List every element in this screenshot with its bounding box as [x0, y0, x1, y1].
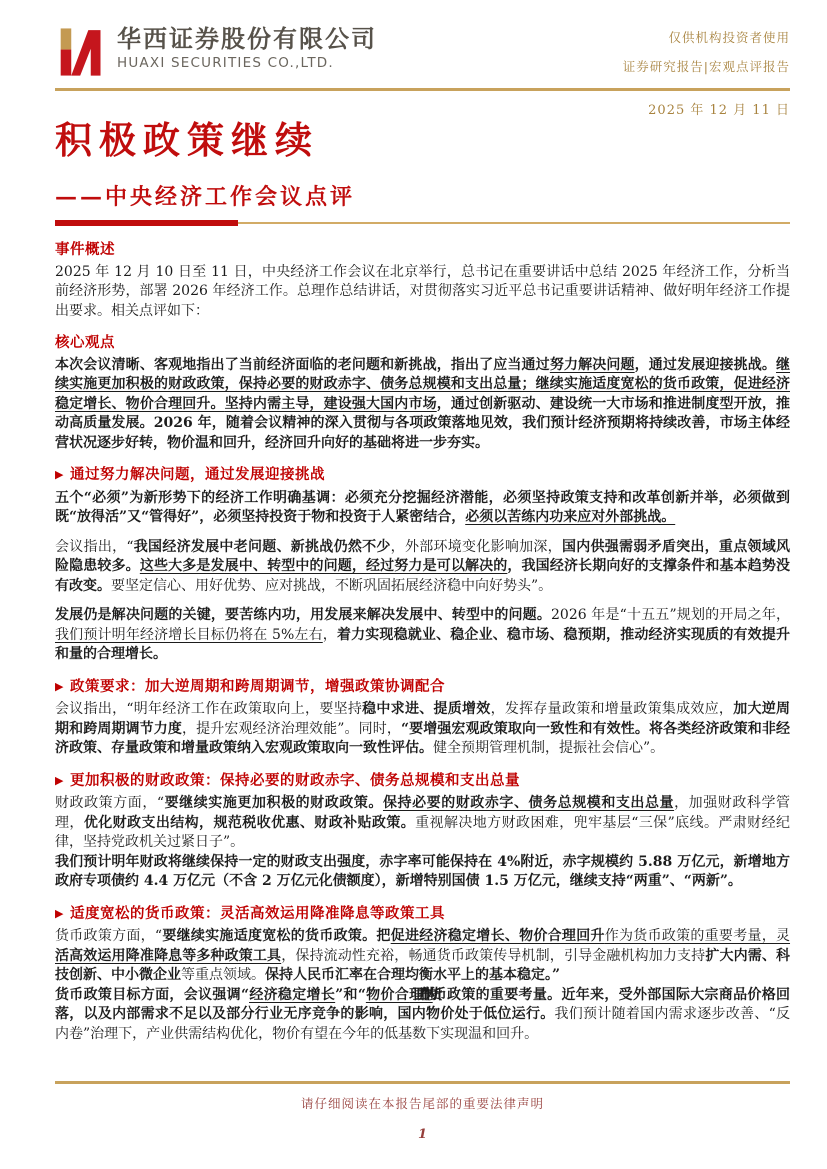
- text-run: 货币政策目标方面，会议强调“: [55, 987, 249, 1003]
- investor-notice: 仅供机构投资者使用: [623, 32, 790, 45]
- title-block: 积极政策继续 ——中央经济工作会议点评: [55, 118, 790, 226]
- text-run: 这些大多是发展中、转型中的问题，经过努力是可以解决的: [140, 558, 508, 574]
- text-run: 促进经济稳定增长、物价合理回升: [391, 928, 605, 944]
- text-run: 健全预期管理机制，提振社会信心”。: [433, 740, 664, 756]
- text-run: 要继续实施适度宽松的货币政策。把: [162, 928, 391, 944]
- title-divider-gold: [238, 222, 790, 224]
- section-policy-requirements: ▶政策要求：加大逆周期和跨周期调节，增强政策协调配合会议指出，“明年经济工作在政…: [55, 677, 790, 759]
- page-number: 1: [55, 1127, 790, 1142]
- text-run: 稳中求进、提质增效: [362, 701, 490, 717]
- text-run: 要继续实施更加积极的财政政策。: [164, 795, 383, 811]
- text-run: ，保持流动性充裕，畅通货币政策传导机制，引导金融机构加力支持: [281, 948, 705, 964]
- paragraph: 本次会议清晰、客观地指出了当前经济面临的老问题和新挑战，指出了应当通过努力解决问…: [55, 356, 790, 454]
- header-divider: [55, 88, 790, 91]
- legal-disclaimer: 请仔细阅读在本报告尾部的重要法律声明: [55, 1094, 790, 1112]
- section-heading: 事件概述: [55, 240, 790, 260]
- text-run: 2025 年 12 月 10 日至 11 日，中央经济工作会议在北京举行，总书记…: [55, 264, 790, 319]
- text-run: 货币政策方面，“: [55, 928, 162, 944]
- paragraph: 五个“必须”为新形势下的经济工作明确基调：必须充分挖掘经济潜能，必须坚持政策支持…: [55, 489, 790, 528]
- company-name-cn: 华西证券股份有限公司: [117, 27, 377, 52]
- text-run: ，: [323, 627, 337, 643]
- section-core-view: 核心观点本次会议清晰、客观地指出了当前经济面临的老问题和新挑战，指出了应当通过努…: [55, 333, 790, 453]
- arrow-bullet-icon: ▶: [55, 907, 64, 920]
- text-run: 坚持内需主导，建设强大国内市场: [225, 396, 437, 412]
- text-run: 保持必要的财政赤字、债务总规模和支出总量: [383, 795, 674, 811]
- section-heading: ▶更加积极的财政政策：保持必要的财政赤字、债务总规模和支出总量: [55, 771, 790, 792]
- section-event-summary: 事件概述2025 年 12 月 10 日至 11 日，中央经济工作会议在北京举行…: [55, 240, 790, 321]
- section-fiscal-policy: ▶更加积极的财政政策：保持必要的财政赤字、债务总规模和支出总量财政政策方面，“要…: [55, 771, 790, 892]
- paragraph: 2025 年 12 月 10 日至 11 日，中央经济工作会议在北京举行，总书记…: [55, 263, 790, 322]
- text-run: 我们预计明年经济增长目标仍将在 5%左右: [55, 627, 323, 643]
- paragraph: 我们预计明年财政将继续保持一定的财政支出强度，赤字率可能保持在 4%附近，赤字规…: [55, 853, 790, 892]
- paragraph: 会议指出，“我国经济发展中老问题、新挑战仍然不少，外部环境变化影响加深，国内供强…: [55, 538, 790, 597]
- text-run: 会议指出，“: [55, 539, 134, 555]
- text-run: ，外部环境变化影响加深，: [391, 539, 562, 555]
- report-type: 证券研究报告|宏观点评报告: [623, 61, 790, 74]
- paragraph: 货币政策方面，“要继续实施适度宽松的货币政策。把促进经济稳定增长、物价合理回升作…: [55, 927, 790, 986]
- section-solve-by-effort: ▶通过努力解决问题，通过发展迎接挑战五个“必须”为新形势下的经济工作明确基调：必…: [55, 465, 790, 665]
- text-run: 必须以苦练内功来应对外部挑战。: [465, 509, 675, 525]
- report-title: 积极政策继续: [55, 118, 790, 162]
- text-run: 理回升”作为货: [409, 987, 433, 1003]
- text-run: 本次会议清晰、客观地指出了当前经济面临的老问题和新挑战，指出了应当通过: [55, 357, 550, 373]
- section-heading: ▶适度宽松的货币政策：灵活高效运用降准降息等政策工具: [55, 904, 790, 925]
- section-monetary-policy: ▶适度宽松的货币政策：灵活高效运用降准降息等政策工具货币政策方面，“要继续实施适…: [55, 904, 790, 1045]
- footer-divider: [55, 1081, 790, 1084]
- report-page: 华西证券股份有限公司 HUAXI SECURITIES CO.,LTD. 仅供机…: [0, 0, 827, 1169]
- paragraph: 会议指出，“明年经济工作在政策取向上，要坚持稳中求进、提质增效，发挥存量政策和增…: [55, 700, 790, 759]
- text-run: 财政政策方面，“: [55, 795, 164, 811]
- text-run: 我国经济发展中老问题、新挑战仍然不少: [134, 539, 391, 555]
- title-divider: [55, 220, 790, 226]
- company-name-block: 华西证券股份有限公司 HUAXI SECURITIES CO.,LTD.: [117, 24, 377, 70]
- text-run: 会议指出，“明年经济工作在政策取向上，要坚持: [55, 701, 362, 717]
- report-header: 华西证券股份有限公司 HUAXI SECURITIES CO.,LTD. 仅供机…: [55, 24, 790, 90]
- section-heading: ▶通过努力解决问题，通过发展迎接挑战: [55, 465, 790, 486]
- text-run: 发展仍是解决问题的关键，要苦练内功，用发展来解决发展中、转型中的问题。: [55, 607, 551, 623]
- arrow-bullet-icon: ▶: [55, 774, 64, 787]
- section-heading: 核心观点: [55, 333, 790, 353]
- text-run: 要坚定信心、用好优势、应对挑战，不断巩固拓展经济稳中向好势头”。: [111, 578, 552, 594]
- text-run: 五个“必须”为新形势下的经济工作明确基调：必须充分挖掘经济潜能，必须坚持政策支持…: [55, 490, 790, 526]
- report-subtitle: ——中央经济工作会议点评: [55, 180, 790, 211]
- text-run: 作为货币政策的重要考量，灵: [605, 928, 790, 944]
- section-heading: ▶政策要求：加大逆周期和跨周期调节，增强政策协调配合: [55, 677, 790, 698]
- text-run: 优化财政支出结构，规范税收优惠、财政补贴政策。: [84, 815, 415, 831]
- header-meta: 仅供机构投资者使用 证券研究报告|宏观点评报告: [623, 32, 790, 89]
- text-run: ，发挥存量政策和增量政策集成效应，: [491, 701, 734, 717]
- title-divider-red: [55, 220, 238, 226]
- text-run: ，提升宏观经济治理效能”。同时，: [182, 721, 401, 737]
- huaxi-logo-icon: [55, 24, 107, 80]
- text-run: ，通过发展迎接挑战。: [635, 357, 776, 373]
- paragraph: 货币政策目标方面，会议强调“经济稳定增长”和“物价合理回升”作为货币政策的重要考…: [55, 986, 790, 1045]
- arrow-bullet-icon: ▶: [55, 468, 64, 481]
- report-body: 事件概述2025 年 12 月 10 日至 11 日，中央经济工作会议在北京举行…: [55, 240, 790, 1044]
- text-run: 等重点领域。: [181, 967, 265, 983]
- text-run: 2026 年是“十五五”规划的开局之年，: [551, 607, 790, 623]
- text-run: 我们预计明年财政将继续保持一定的财政支出强度，赤字率可能保持在 4%附近，赤字规…: [55, 854, 790, 890]
- text-run: 经济稳定增长: [249, 987, 335, 1003]
- report-footer: 请仔细阅读在本报告尾部的重要法律声明 1: [55, 1081, 790, 1142]
- text-run: ”和“: [335, 987, 366, 1003]
- paragraph: 财政政策方面，“要继续实施更加积极的财政政策。保持必要的财政赤字、债务总规模和支…: [55, 794, 790, 853]
- paragraph: 发展仍是解决问题的关键，要苦练内功，用发展来解决发展中、转型中的问题。2026 …: [55, 606, 790, 665]
- report-date: 2025 年 12 月 11 日: [648, 99, 790, 118]
- company-name-en: HUAXI SECURITIES CO.,LTD.: [117, 56, 377, 70]
- text-run: 物价合: [366, 987, 409, 1003]
- text-run: 活高效运用降准降息等多种政策工具: [55, 948, 281, 964]
- text-run: 努力解决问题: [550, 357, 635, 373]
- arrow-bullet-icon: ▶: [55, 680, 64, 693]
- text-run: 保持人民币汇率在合理均衡水平上的基本稳定。”: [265, 967, 560, 983]
